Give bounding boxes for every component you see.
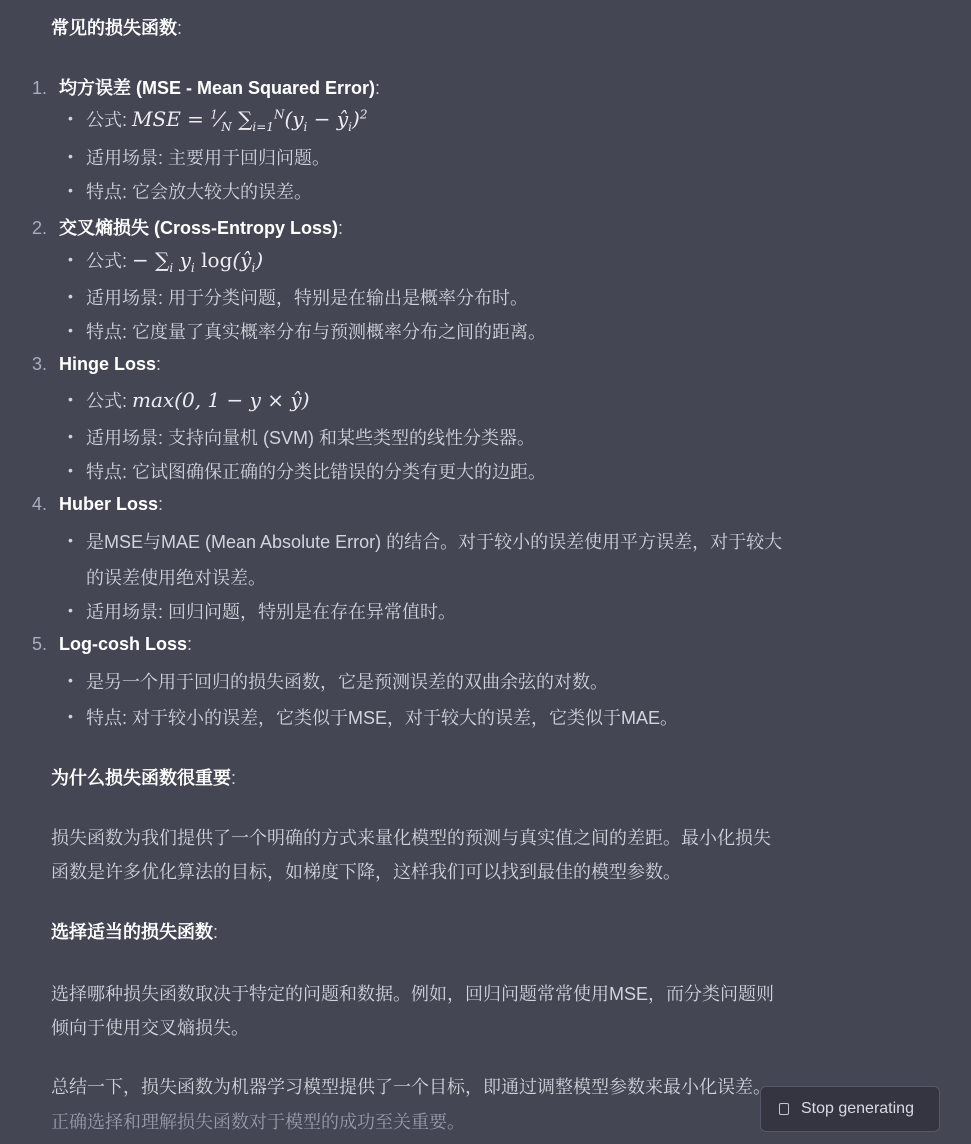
paragraph-summary-line2: 正确选择和理解损失函数对于模型的成功至关重要。 xyxy=(51,1108,465,1134)
bullet: •特点: 它试图确保正确的分类比错误的分类有更大的边距。 xyxy=(68,458,546,484)
math-formula: MSE = 1⁄N ∑i=1N(yi − ŷi)2 xyxy=(132,107,367,131)
bullet: •适用场景: 用于分类问题，特别是在输出是概率分布时。 xyxy=(68,284,528,310)
section-heading-common: 常见的损失函数: xyxy=(51,14,182,40)
list-item-huber: 4.Huber Loss: xyxy=(32,494,163,515)
bullet: •适用场景: 支持向量机 (SVM) 和某些类型的线性分类器。 xyxy=(68,424,535,450)
bullet-formula: •公式: MSE = 1⁄N ∑i=1N(yi − ŷi)2 xyxy=(68,106,367,134)
paragraph-summary-line1: 总结一下，损失函数为机器学习模型提供了一个目标，即通过调整模型参数来最小化误差。 xyxy=(51,1073,771,1099)
list-item-hinge: 3.Hinge Loss: xyxy=(32,354,161,375)
math-formula: − ∑i yi log(ŷi) xyxy=(132,248,263,272)
list-item-cross-entropy: 2.交叉熵损失 (Cross-Entropy Loss): xyxy=(32,214,343,240)
stop-generating-button[interactable]: Stop generating xyxy=(760,1086,940,1132)
list-item-mse: 1.均方误差 (MSE - Mean Squared Error): xyxy=(32,74,380,100)
bullet: •适用场景: 回归问题，特别是在存在异常值时。 xyxy=(68,598,456,624)
paragraph-choose-line1: 选择哪种损失函数取决于特定的问题和数据。例如，回归问题常常使用MSE，而分类问题… xyxy=(51,980,774,1006)
bullet-formula: •公式: max(0, 1 − y × ŷ) xyxy=(68,387,310,413)
bullet: •特点: 它会放大较大的误差。 xyxy=(68,178,312,204)
stop-generating-label: Stop generating xyxy=(801,1100,914,1118)
paragraph-choose-line2: 倾向于使用交叉熵损失。 xyxy=(51,1014,249,1040)
math-formula: max(0, 1 − y × ŷ) xyxy=(132,388,309,412)
bullet: •适用场景: 主要用于回归问题。 xyxy=(68,144,330,170)
paragraph-why-line1: 损失函数为我们提供了一个明确的方式来量化模型的预测与真实值之间的差距。最小化损失 xyxy=(51,824,771,850)
bullet: •特点: 它度量了真实概率分布与预测概率分布之间的距离。 xyxy=(68,318,546,344)
bullet-formula: •公式: − ∑i yi log(ŷi) xyxy=(68,247,263,275)
bullet: •是另一个用于回归的损失函数，它是预测误差的双曲余弦的对数。 xyxy=(68,668,608,694)
bullet: •特点: 对于较小的误差，它类似于MSE，对于较大的误差，它类似于MAE。 xyxy=(68,704,678,730)
stop-icon xyxy=(779,1103,789,1115)
section-heading-choose: 选择适当的损失函数: xyxy=(51,918,218,944)
list-item-log-cosh: 5.Log-cosh Loss: xyxy=(32,634,192,655)
paragraph-why-line2: 函数是许多优化算法的目标，如梯度下降，这样我们可以找到最佳的模型参数。 xyxy=(51,858,681,884)
bullet: •是MSE与MAE (Mean Absolute Error) 的结合。对于较小… xyxy=(68,528,782,554)
bullet-continuation: 的误差使用绝对误差。 xyxy=(86,564,266,590)
section-heading-why: 为什么损失函数很重要: xyxy=(51,764,236,790)
